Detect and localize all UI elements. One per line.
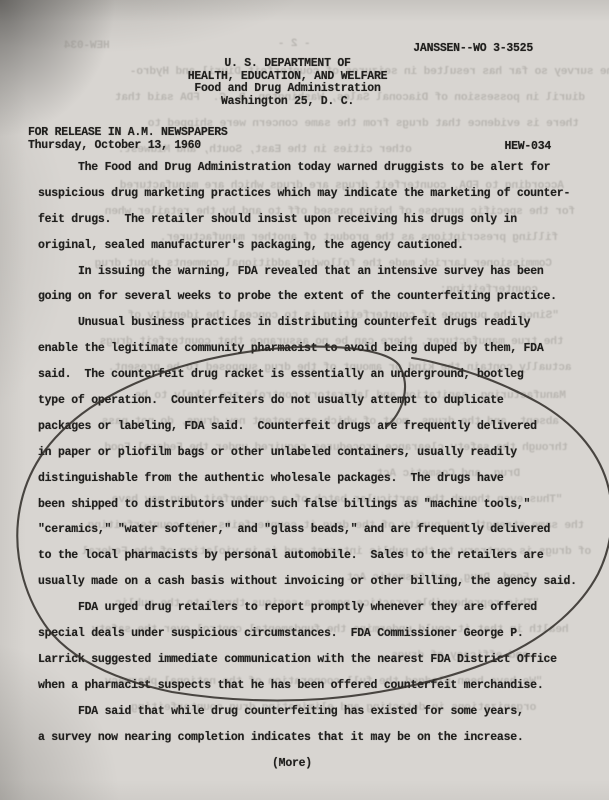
body-line: suspicious drug marketing practices whic… [38,187,594,213]
reference-number: JANSSEN--WO 3-3525 [413,42,533,55]
bleedthrough-line: HEW-034 [64,40,110,52]
body-line: "ceramics," "water softener," and "glass… [38,523,594,549]
body-line: feit drugs. The retailer should insist u… [38,213,594,239]
body-line: said. The counterfeit drug racket is ess… [38,368,594,394]
body-line: usually made on a cash basis without inv… [38,575,594,601]
body-line: The Food and Drug Administration today w… [38,161,594,187]
release-notice: FOR RELEASE IN A.M. NEWSPAPERS [28,126,228,139]
agency-header: U. S. DEPARTMENT OF HEALTH, EDUCATION, A… [0,58,575,108]
body-line: original, sealed manufacturer's packagin… [38,239,594,265]
body-line: been shipped to distributors under such … [38,498,594,524]
body-line: enable the legitimate community pharmaci… [38,342,594,368]
body-text: The Food and Drug Administration today w… [38,161,594,756]
body-line: going on for several weeks to probe the … [38,290,594,316]
body-line: packages or labeling, FDA said. Counterf… [38,420,594,446]
body-line: special deals under suspicious circumsta… [38,627,594,653]
body-line: type of operation. Counterfeiters do not… [38,394,594,420]
body-line: FDA said that while drug counterfeiting … [38,705,594,731]
body-line: when a pharmacist suspects that he has b… [38,679,594,705]
body-line: to the local pharmacists by personal aut… [38,549,594,575]
department-line: U. S. DEPARTMENT OF [0,58,575,71]
body-line: Unusual business practices in distributi… [38,316,594,342]
body-line: Larrick suggested immediate communicatio… [38,653,594,679]
body-line: in paper or pliofilm bags or other unlab… [38,446,594,472]
press-release-page: - 2 -HEW-034The survey so far has result… [0,0,609,800]
bleedthrough-line: - 2 - [278,38,311,50]
body-line: In issuing the warning, FDA revealed tha… [38,265,594,291]
release-info: FOR RELEASE IN A.M. NEWSPAPERS Thursday,… [28,126,228,153]
address-line: Washington 25, D. C. [0,96,575,109]
division-line: Food and Drug Administration [0,83,575,96]
body-line: distinguishable from the authentic whole… [38,472,594,498]
more-marker: (More) [0,757,584,770]
body-line: a survey now nearing completion indicate… [38,731,594,757]
release-date: Thursday, October 13, 1960 [28,139,228,152]
body-line: FDA urged drug retailers to report promp… [38,601,594,627]
document-number: HEW-034 [504,140,551,153]
